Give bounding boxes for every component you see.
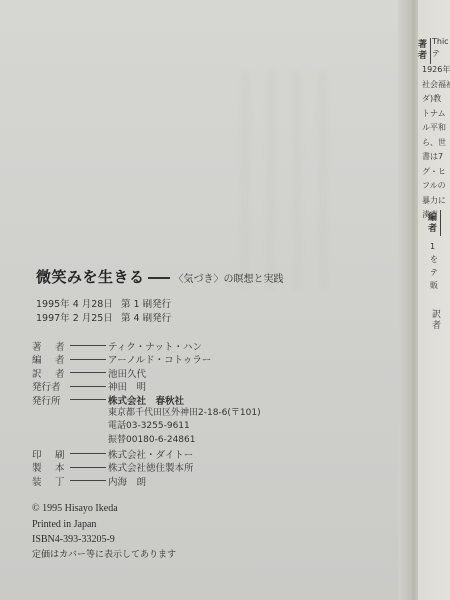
credit-binder: 製 本株式会社徳住製本所 xyxy=(32,461,261,475)
copyright-line: © 1995 Hisayo Ikeda xyxy=(32,501,176,517)
facing-text-column: Thic テ xyxy=(432,36,449,60)
credit-role: 発行所 xyxy=(32,393,70,407)
facing-body-text: 1926年 社会福祉 ダ)教 トナム ル平和 ら、世 書は7 グ・ヒ フルの 暴… xyxy=(422,63,450,223)
credit-value: 株式会社・ダイトー xyxy=(108,447,193,461)
edition-date: 1997年 2 月25日 xyxy=(36,312,118,326)
credit-role: 著 者 xyxy=(32,339,70,353)
show-through-text xyxy=(240,70,330,290)
facing-divider xyxy=(430,38,431,64)
leader-line xyxy=(70,359,106,360)
edition-row: 1995年 4 月28日 第 1 刷発行 xyxy=(36,298,171,312)
facing-editor-text: 1 を テ 販 xyxy=(430,240,438,292)
credit-value: 株式会社徳住製本所 xyxy=(108,460,194,474)
credit-publisher: 発行所株式会社 春秋社 xyxy=(32,393,261,407)
price-note: 定価はカバー等に表示してあります xyxy=(32,548,176,564)
leader-line xyxy=(70,399,106,400)
credit-role: 製 本 xyxy=(32,460,70,474)
title-dash xyxy=(148,277,170,279)
credit-role: 編 者 xyxy=(32,352,70,366)
credit-role: 装 丁 xyxy=(32,474,70,488)
publisher-transfer-account: 振替00180-6-24861 xyxy=(32,434,261,448)
leader-line xyxy=(70,480,106,481)
leader-line xyxy=(70,453,106,454)
credit-value: ティク・ナット・ハン xyxy=(108,339,202,353)
credit-translator: 訳 者池田久代 xyxy=(32,366,261,380)
publisher-address: 東京都千代田区外神田2-18-6(〒101) xyxy=(32,407,261,421)
book-title-row: 微笑みを生きる〈気づき〉の瞑想と実践 xyxy=(36,266,284,287)
leader-line xyxy=(70,372,106,373)
credit-design: 装 丁内海 朗 xyxy=(32,474,261,488)
credit-role: 発行者 xyxy=(32,379,70,393)
credit-value: 神田 明 xyxy=(108,379,146,393)
leader-line xyxy=(70,345,106,346)
credit-author: 著 者ティク・ナット・ハン xyxy=(32,339,261,353)
credits-block: 著 者ティク・ナット・ハン 編 者アーノルド・コトゥラー 訳 者池田久代 発行者… xyxy=(32,339,261,488)
credit-value: 池田久代 xyxy=(108,366,146,380)
colophon-page: 微笑みを生きる〈気づき〉の瞑想と実践 1995年 4 月28日 第 1 刷発行 … xyxy=(0,0,412,600)
credit-role: 印 刷 xyxy=(32,447,70,461)
credit-value: 内海 朗 xyxy=(108,474,146,488)
book-title: 微笑みを生きる xyxy=(36,268,145,286)
isbn-line: ISBN4-393-33205-9 xyxy=(32,532,176,548)
leader-line xyxy=(70,467,106,468)
edition-date: 1995年 4 月28日 xyxy=(36,298,118,312)
credit-value: アーノルド・コトゥラー xyxy=(108,352,211,366)
credit-printer: 印 刷株式会社・ダイトー xyxy=(32,447,261,461)
leader-line xyxy=(70,386,106,387)
publisher-phone: 電話03-3255-9611 xyxy=(32,420,261,434)
facing-page-edge: 著者 Thic テ 1926年 社会福祉 ダ)教 トナム ル平和 ら、世 書は7… xyxy=(418,0,450,600)
facing-divider xyxy=(440,210,441,236)
edition-row: 1997年 2 月25日 第 4 刷発行 xyxy=(36,312,171,326)
edition-label: 第 1 刷発行 xyxy=(121,298,171,312)
credit-publisher-person: 発行者神田 明 xyxy=(32,380,261,394)
footer-block: © 1995 Hisayo Ikeda Printed in Japan ISB… xyxy=(32,501,176,563)
facing-label-editor: 編者 xyxy=(428,213,438,235)
edition-history: 1995年 4 月28日 第 1 刷発行 1997年 2 月25日 第 4 刷発… xyxy=(36,298,171,326)
credit-role: 訳 者 xyxy=(32,366,70,380)
facing-label-translator: 訳者 xyxy=(432,310,442,332)
edition-label: 第 4 刷発行 xyxy=(121,312,171,326)
credit-editor: 編 者アーノルド・コトゥラー xyxy=(32,353,261,367)
printed-in-line: Printed in Japan xyxy=(32,517,176,533)
credit-value: 株式会社 春秋社 xyxy=(108,393,184,407)
facing-label-author: 著者 xyxy=(418,40,428,62)
book-subtitle: 〈気づき〉の瞑想と実践 xyxy=(174,274,284,285)
